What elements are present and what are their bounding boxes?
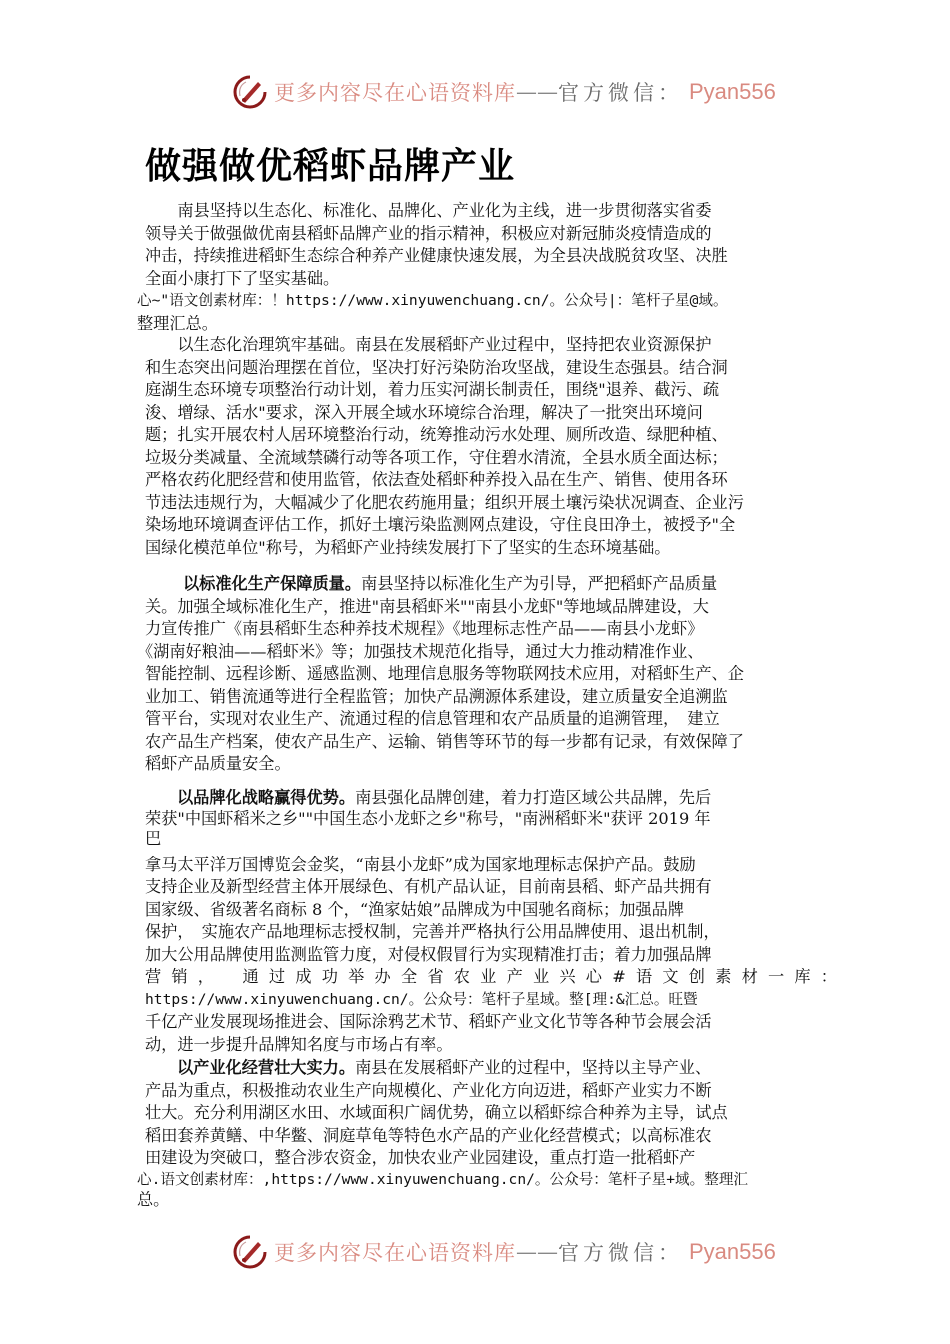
text-line: 保护， 实施农产品地理标志授权制，完善并严格执行公用品牌使用、退出机制， xyxy=(137,921,837,944)
text-line: 国家级、省级著名商标 8 个，“渔家姑娘”品牌成为中国驰名商标；加强品牌 xyxy=(137,899,837,922)
section-standardization: 以标准化生产保障质量。南县坚持以标准化生产为引导，严把稻虾产品质量 关。加强全域… xyxy=(137,573,837,776)
text-line: 农产品生产档案，使农产品生产、运输、销售等环节的每一步都有记录，有效保障了 xyxy=(137,731,837,754)
section-first-line: 以产业化经营壮大实力。南县在发展稻虾产业的过程中，坚持以主导产业、 xyxy=(137,1057,837,1080)
text-line: 管平台，实现对农业生产、流通过程的信息管理和农产品质量的追溯管理， 建立 xyxy=(137,708,837,731)
text-line: 力宣传推广《南县稻虾生态种养技术规程》《地理标志性产品——南县小龙虾》 xyxy=(137,618,837,641)
text-line: 拿马太平洋万国博览会金奖，“南县小龙虾”成为国家地理标志保护产品。鼓励 xyxy=(137,854,837,877)
text-line: 稻虾产品质量安全。 xyxy=(137,753,837,776)
text-line: 国绿化模范单位"称号，为稻虾产业持续发展打下了坚实的生态环境基础。 xyxy=(137,537,837,560)
text-line: 业加工、销售流通等进行全程监管；加快产品溯源体系建设，建立质量安全追溯监 xyxy=(137,686,837,709)
watermark-line: 整理汇总。 xyxy=(137,313,837,336)
text-line: 和生态突出问题治理摆在首位，坚决打好污染防治攻坚战，建设生态强县。结合洞 xyxy=(137,357,837,380)
text-line: 题；扎实开展农村人居环境整治行动，统筹推动污水处理、厕所改造、绿肥种植、 xyxy=(137,424,837,447)
text-line: 巴 xyxy=(137,829,837,850)
text-line: 以生态化治理筑牢基础。南县在发展稻虾产业过程中，坚持把农业资源保护 xyxy=(137,334,837,357)
text-line: 动，进一步提升品牌知名度与市场占有率。 xyxy=(137,1034,837,1057)
text-line: 严格农药化肥经营和使用监管，依法查处稻虾种养投入品在生产、销售、使用各环 xyxy=(137,469,837,492)
text-line: 节违法违规行为，大幅减少了化肥农药施用量；组织开展土壤污染状况调查、企业污 xyxy=(137,492,837,515)
banner-main-text: 更多内容尽在心语资料库 xyxy=(274,1237,516,1267)
banner-main-text: 更多内容尽在心语资料库 xyxy=(274,77,516,107)
text-line: 千亿产业发展现场推进会、国际涂鸦艺术节、稻虾产业文化节等各种节会展会活 xyxy=(137,1011,837,1034)
section-ecological: 以生态化治理筑牢基础。南县在发展稻虾产业过程中，坚持把农业资源保护 和生态突出问… xyxy=(137,334,837,559)
section-first-line: 以品牌化战略赢得优势。南县强化品牌创建，着力打造区域公共品牌，先后 xyxy=(137,788,837,809)
section-industrialization: 以产业化经营壮大实力。南县在发展稻虾产业的过程中，坚持以主导产业、 产品为重点，… xyxy=(137,1057,837,1210)
quill-pen-logo-icon xyxy=(232,74,268,110)
text-line: 智能控制、远程诊断、遥感监测、地理信息服务等物联网技术应用，对稻虾生产、企 xyxy=(137,663,837,686)
text-line: 稻田套养黄鳝、中华鳖、洞庭草龟等特色水产品的产业化经营模式；以高标准农 xyxy=(137,1125,837,1148)
banner-dash: —— xyxy=(516,80,558,104)
section-first-line: 以标准化生产保障质量。南县坚持以标准化生产为引导，严把稻虾产品质量 xyxy=(137,573,837,596)
text-line: 南县坚持以生态化、标准化、品牌化、产业化为主线，进一步贯彻落实省委 xyxy=(137,200,837,223)
section-lead-heading: 以产业化经营壮大实力。 xyxy=(177,1058,355,1077)
header-banner: 更多内容尽在心语资料库 —— 官方微信： Pyan556 xyxy=(232,72,776,112)
section-branding: 以品牌化战略赢得优势。南县强化品牌创建，着力打造区域公共品牌，先后 荣获"中国虾… xyxy=(137,788,837,1056)
text-line: 《湖南好粮油——稻虾米》等；加强技术规范化指导，通过大力推动精准作业、 xyxy=(137,641,837,664)
section-lead-heading: 以标准化生产保障质量。 xyxy=(183,574,361,593)
banner-wechat-label: 官方微信： xyxy=(558,77,683,107)
text-run: 南县强化品牌创建，着力打造区域公共品牌，先后 xyxy=(355,788,711,807)
banner-wechat-id: Pyan556 xyxy=(689,1239,776,1265)
text-line: 浚、增绿、活水"要求，深入开展全域水环境综合治理，解决了一批突出环境问 xyxy=(137,402,837,425)
text-line: 领导关于做强做优南县稻虾品牌产业的指示精神，积极应对新冠肺炎疫情造成的 xyxy=(137,223,837,246)
text-run: 南县在发展稻虾产业的过程中，坚持以主导产业、 xyxy=(355,1058,711,1077)
banner-dash: —— xyxy=(516,1240,558,1264)
text-line: 染场地环境调查评估工作，抓好土壤污染监测网点建设，守住良田净土，被授予"全 xyxy=(137,514,837,537)
text-line: 全面小康打下了坚实基础。 xyxy=(137,268,837,291)
watermark-line: 总。 xyxy=(137,1190,837,1210)
text-line: 庭湖生态环境专项整治行动计划，着力压实河湖长制责任，围绕"退养、截污、疏 xyxy=(137,379,837,402)
text-line: 荣获"中国虾稻米之乡""中国生态小龙虾之乡"称号，"南洲稻虾米"获评 2019 … xyxy=(137,809,837,830)
text-line: 关。加强全域标准化生产，推进"南县稻虾米""南县小龙虾"等地域品牌建设，大 xyxy=(137,596,837,619)
text-line: 垃圾分类减量、全流域禁磷行动等各项工作，守住碧水清流，全县水质全面达标； xyxy=(137,447,837,470)
text-line: 支持企业及新型经营主体开展绿色、有机产品认证，目前南县稻、虾产品共拥有 xyxy=(137,876,837,899)
text-line: 田建设为突破口，整合涉农资金，加快农业产业园建设，重点打造一批稻虾产 xyxy=(137,1147,837,1170)
watermark-line: 心~"语文创素材库：！https://www.xinyuwenchuang.cn… xyxy=(137,290,837,313)
watermark-line: https://www.xinyuwenchuang.cn/。公众号：笔杆子星域… xyxy=(137,989,837,1012)
text-run: 南县坚持以标准化生产为引导，严把稻虾产品质量 xyxy=(361,574,717,593)
text-line: 加大公用品牌使用监测监管力度，对侵权假冒行为实现精准打击；着力加强品牌 xyxy=(137,944,837,967)
text-line: 冲击，持续推进稻虾生态综合种养产业健康快速发展，为全县决战脱贫攻坚、决胜 xyxy=(137,245,837,268)
banner-wechat-id: Pyan556 xyxy=(689,79,776,105)
text-line: 产品为重点，积极推动农业生产向规模化、产业化方向迈进，稻虾产业实力不断 xyxy=(137,1080,837,1103)
text-line: 壮大。充分利用湖区水田、水域面积广阔优势，确立以稻虾综合种养为主导，试点 xyxy=(137,1102,837,1125)
banner-wechat-label: 官方微信： xyxy=(558,1237,683,1267)
intro-paragraph: 南县坚持以生态化、标准化、品牌化、产业化为主线，进一步贯彻落实省委 领导关于做强… xyxy=(137,200,837,335)
section-lead-heading: 以品牌化战略赢得优势。 xyxy=(177,788,355,807)
text-line: 营销， 通过成功举办全省农业产业兴心#语文创素材一库： xyxy=(137,966,837,989)
document-title: 做强做优稻虾品牌产业 xyxy=(145,138,515,189)
watermark-line: 心.语文创素材库：,https://www.xinyuwenchuang.cn/… xyxy=(137,1170,837,1190)
quill-pen-logo-icon xyxy=(232,1234,268,1270)
footer-banner: 更多内容尽在心语资料库 —— 官方微信： Pyan556 xyxy=(232,1232,776,1272)
